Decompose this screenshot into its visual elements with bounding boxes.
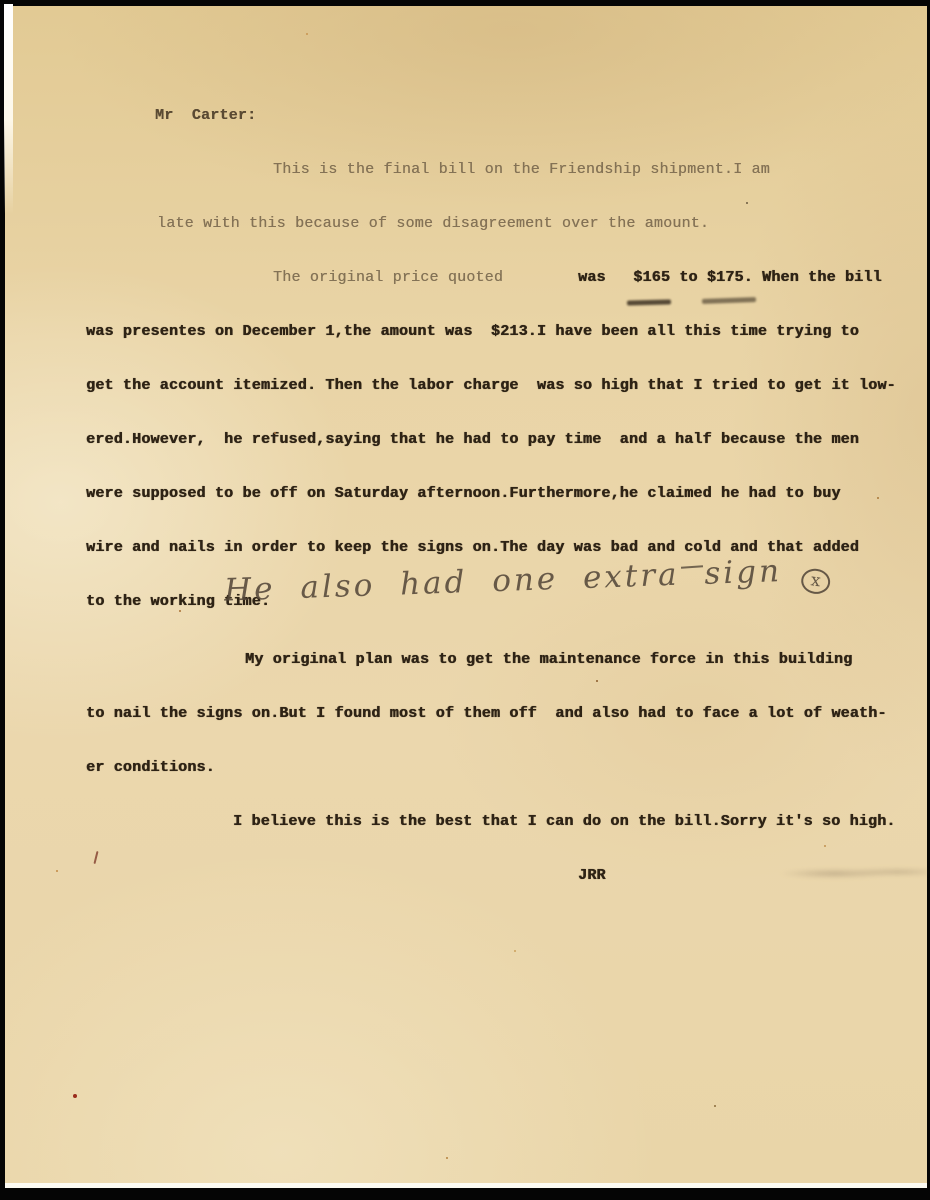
- stray-ink-mark: [93, 851, 98, 864]
- strikeout-smudge-165: [627, 299, 671, 305]
- letter-line-price-faded: The original price quoted: [273, 269, 503, 287]
- signature: JRR: [578, 867, 606, 885]
- pencil-smudge: [773, 866, 928, 881]
- letter-line: late with this because of some disagreem…: [157, 215, 709, 233]
- letter-line: were supposed to be off on Saturday afte…: [86, 485, 841, 503]
- scan-edge-artifact-bottom: [5, 1183, 927, 1188]
- handwritten-annotation: He also had one extra signx: [224, 551, 832, 608]
- letter-line: ered.However, he refused,saying that he …: [86, 431, 859, 449]
- letter-line: get the account itemized. Then the labor…: [86, 377, 896, 395]
- salutation: Mr Carter:: [155, 107, 256, 125]
- letter-line-price-bold: was $165 to $175. When the bill: [578, 269, 882, 287]
- circled-x-mark: x: [800, 567, 832, 596]
- letter-page: Mr Carter: This is the final bill on the…: [5, 6, 927, 1188]
- letter-line: to nail the signs on.But I found most of…: [86, 705, 887, 723]
- scan-edge-artifact: [4, 4, 13, 214]
- letter-line: This is the final bill on the Friendship…: [273, 161, 770, 179]
- letter-line: I believe this is the best that I can do…: [233, 813, 896, 831]
- strikeout-smudge-175: [702, 297, 756, 304]
- letter-line: er conditions.: [86, 759, 215, 777]
- letter-line: My original plan was to get the maintena…: [245, 651, 852, 669]
- handwritten-text: He also had one extra sign: [224, 553, 783, 608]
- scanned-letter-screenshot: { "colors": { "paper": "#e8d2a4", "ink_b…: [0, 0, 930, 1200]
- letter-line: was presentes on December 1,the amount w…: [86, 323, 859, 341]
- paper-specks: [73, 1094, 77, 1098]
